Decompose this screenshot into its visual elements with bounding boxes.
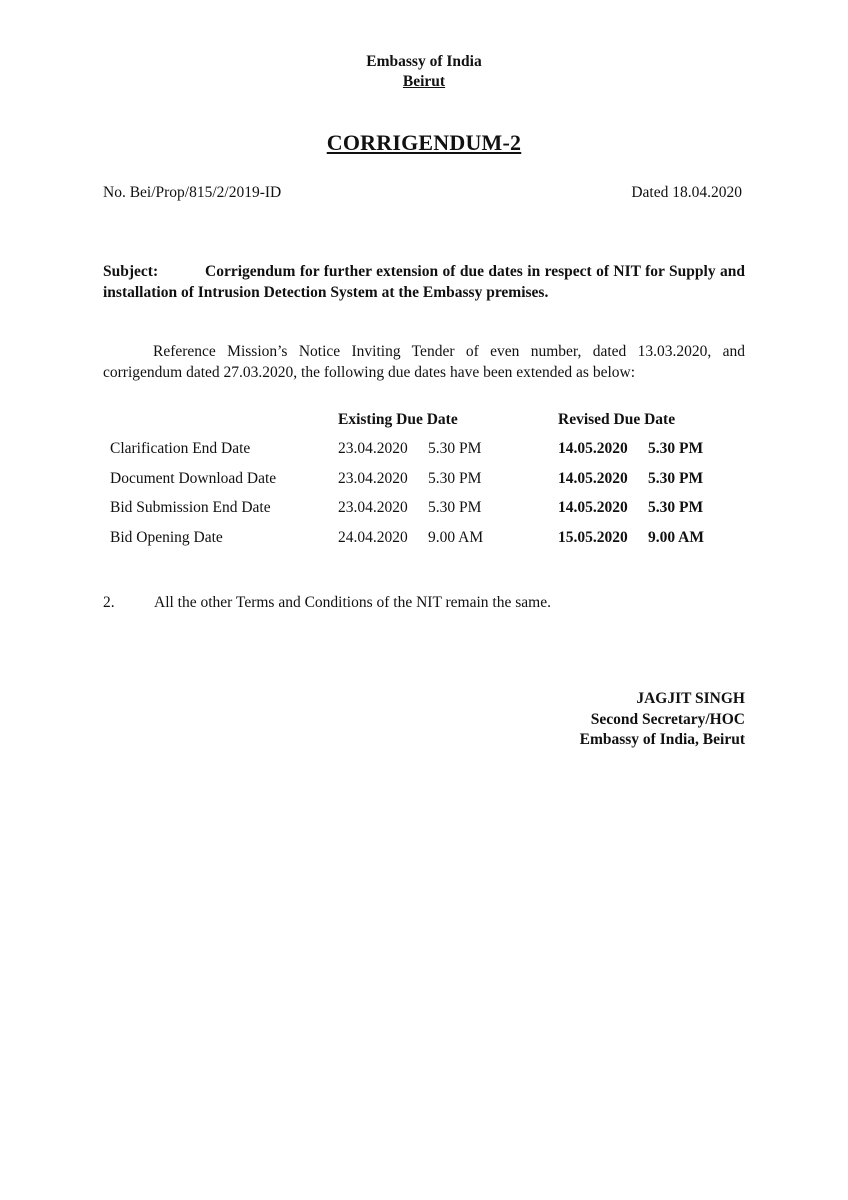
existing-due-date: 23.04.20205.30 PM xyxy=(338,464,558,494)
header-existing-due-date: Existing Due Date xyxy=(338,405,558,435)
existing-due-date: 24.04.20209.00 AM xyxy=(338,523,558,553)
row-label: Bid Submission End Date xyxy=(103,494,338,524)
paragraph-2-text: All the other Terms and Conditions of th… xyxy=(154,594,551,611)
existing-date: 23.04.2020 xyxy=(338,470,428,488)
table-row: Bid Submission End Date 23.04.20205.30 P… xyxy=(103,494,758,524)
existing-time: 9.00 AM xyxy=(428,529,483,546)
organization-city: Beirut xyxy=(0,73,848,91)
header-label xyxy=(103,405,338,435)
revised-due-date: 14.05.20205.30 PM xyxy=(558,494,758,524)
revised-time: 5.30 PM xyxy=(648,470,703,487)
existing-time: 5.30 PM xyxy=(428,440,481,457)
document-title: CORRIGENDUM-2 xyxy=(0,130,848,156)
document-date: Dated 18.04.2020 xyxy=(631,184,742,202)
subject-block: Subject:Corrigendum for further extensio… xyxy=(103,261,745,303)
row-label: Document Download Date xyxy=(103,464,338,494)
revised-date: 14.05.2020 xyxy=(558,499,648,517)
table-header-row: Existing Due Date Revised Due Date xyxy=(103,405,758,435)
revised-time: 5.30 PM xyxy=(648,499,703,516)
signatory-name: JAGJIT SINGH xyxy=(580,689,745,710)
table-row: Clarification End Date 23.04.20205.30 PM… xyxy=(103,435,758,465)
existing-date: 23.04.2020 xyxy=(338,440,428,458)
revised-time: 9.00 AM xyxy=(648,529,704,546)
subject-label: Subject: xyxy=(103,261,205,282)
table-row: Document Download Date 23.04.20205.30 PM… xyxy=(103,464,758,494)
existing-date: 24.04.2020 xyxy=(338,529,428,547)
revised-date: 15.05.2020 xyxy=(558,529,648,547)
signatory-office: Embassy of India, Beirut xyxy=(580,730,745,751)
document-page: Embassy of India Beirut CORRIGENDUM-2 No… xyxy=(0,0,848,1200)
reference-number: No. Bei/Prop/815/2/2019-ID xyxy=(103,184,281,202)
existing-time: 5.30 PM xyxy=(428,499,481,516)
existing-time: 5.30 PM xyxy=(428,470,481,487)
due-dates-table: Existing Due Date Revised Due Date Clari… xyxy=(103,405,758,553)
reference-paragraph: Reference Mission’s Notice Inviting Tend… xyxy=(103,341,745,383)
paragraph-2-number: 2. xyxy=(103,594,154,612)
revised-time: 5.30 PM xyxy=(648,440,703,457)
signature-block: JAGJIT SINGH Second Secretary/HOC Embass… xyxy=(580,689,745,751)
revised-due-date: 14.05.20205.30 PM xyxy=(558,464,758,494)
revised-date: 14.05.2020 xyxy=(558,470,648,488)
organization-name: Embassy of India xyxy=(0,53,848,71)
paragraph-2: 2.All the other Terms and Conditions of … xyxy=(103,594,551,612)
table-row: Bid Opening Date 24.04.20209.00 AM 15.05… xyxy=(103,523,758,553)
existing-due-date: 23.04.20205.30 PM xyxy=(338,435,558,465)
existing-due-date: 23.04.20205.30 PM xyxy=(338,494,558,524)
row-label: Clarification End Date xyxy=(103,435,338,465)
header-revised-due-date: Revised Due Date xyxy=(558,405,758,435)
row-label: Bid Opening Date xyxy=(103,523,338,553)
revised-date: 14.05.2020 xyxy=(558,440,648,458)
revised-due-date: 14.05.20205.30 PM xyxy=(558,435,758,465)
revised-due-date: 15.05.20209.00 AM xyxy=(558,523,758,553)
existing-date: 23.04.2020 xyxy=(338,499,428,517)
signatory-designation: Second Secretary/HOC xyxy=(580,710,745,731)
